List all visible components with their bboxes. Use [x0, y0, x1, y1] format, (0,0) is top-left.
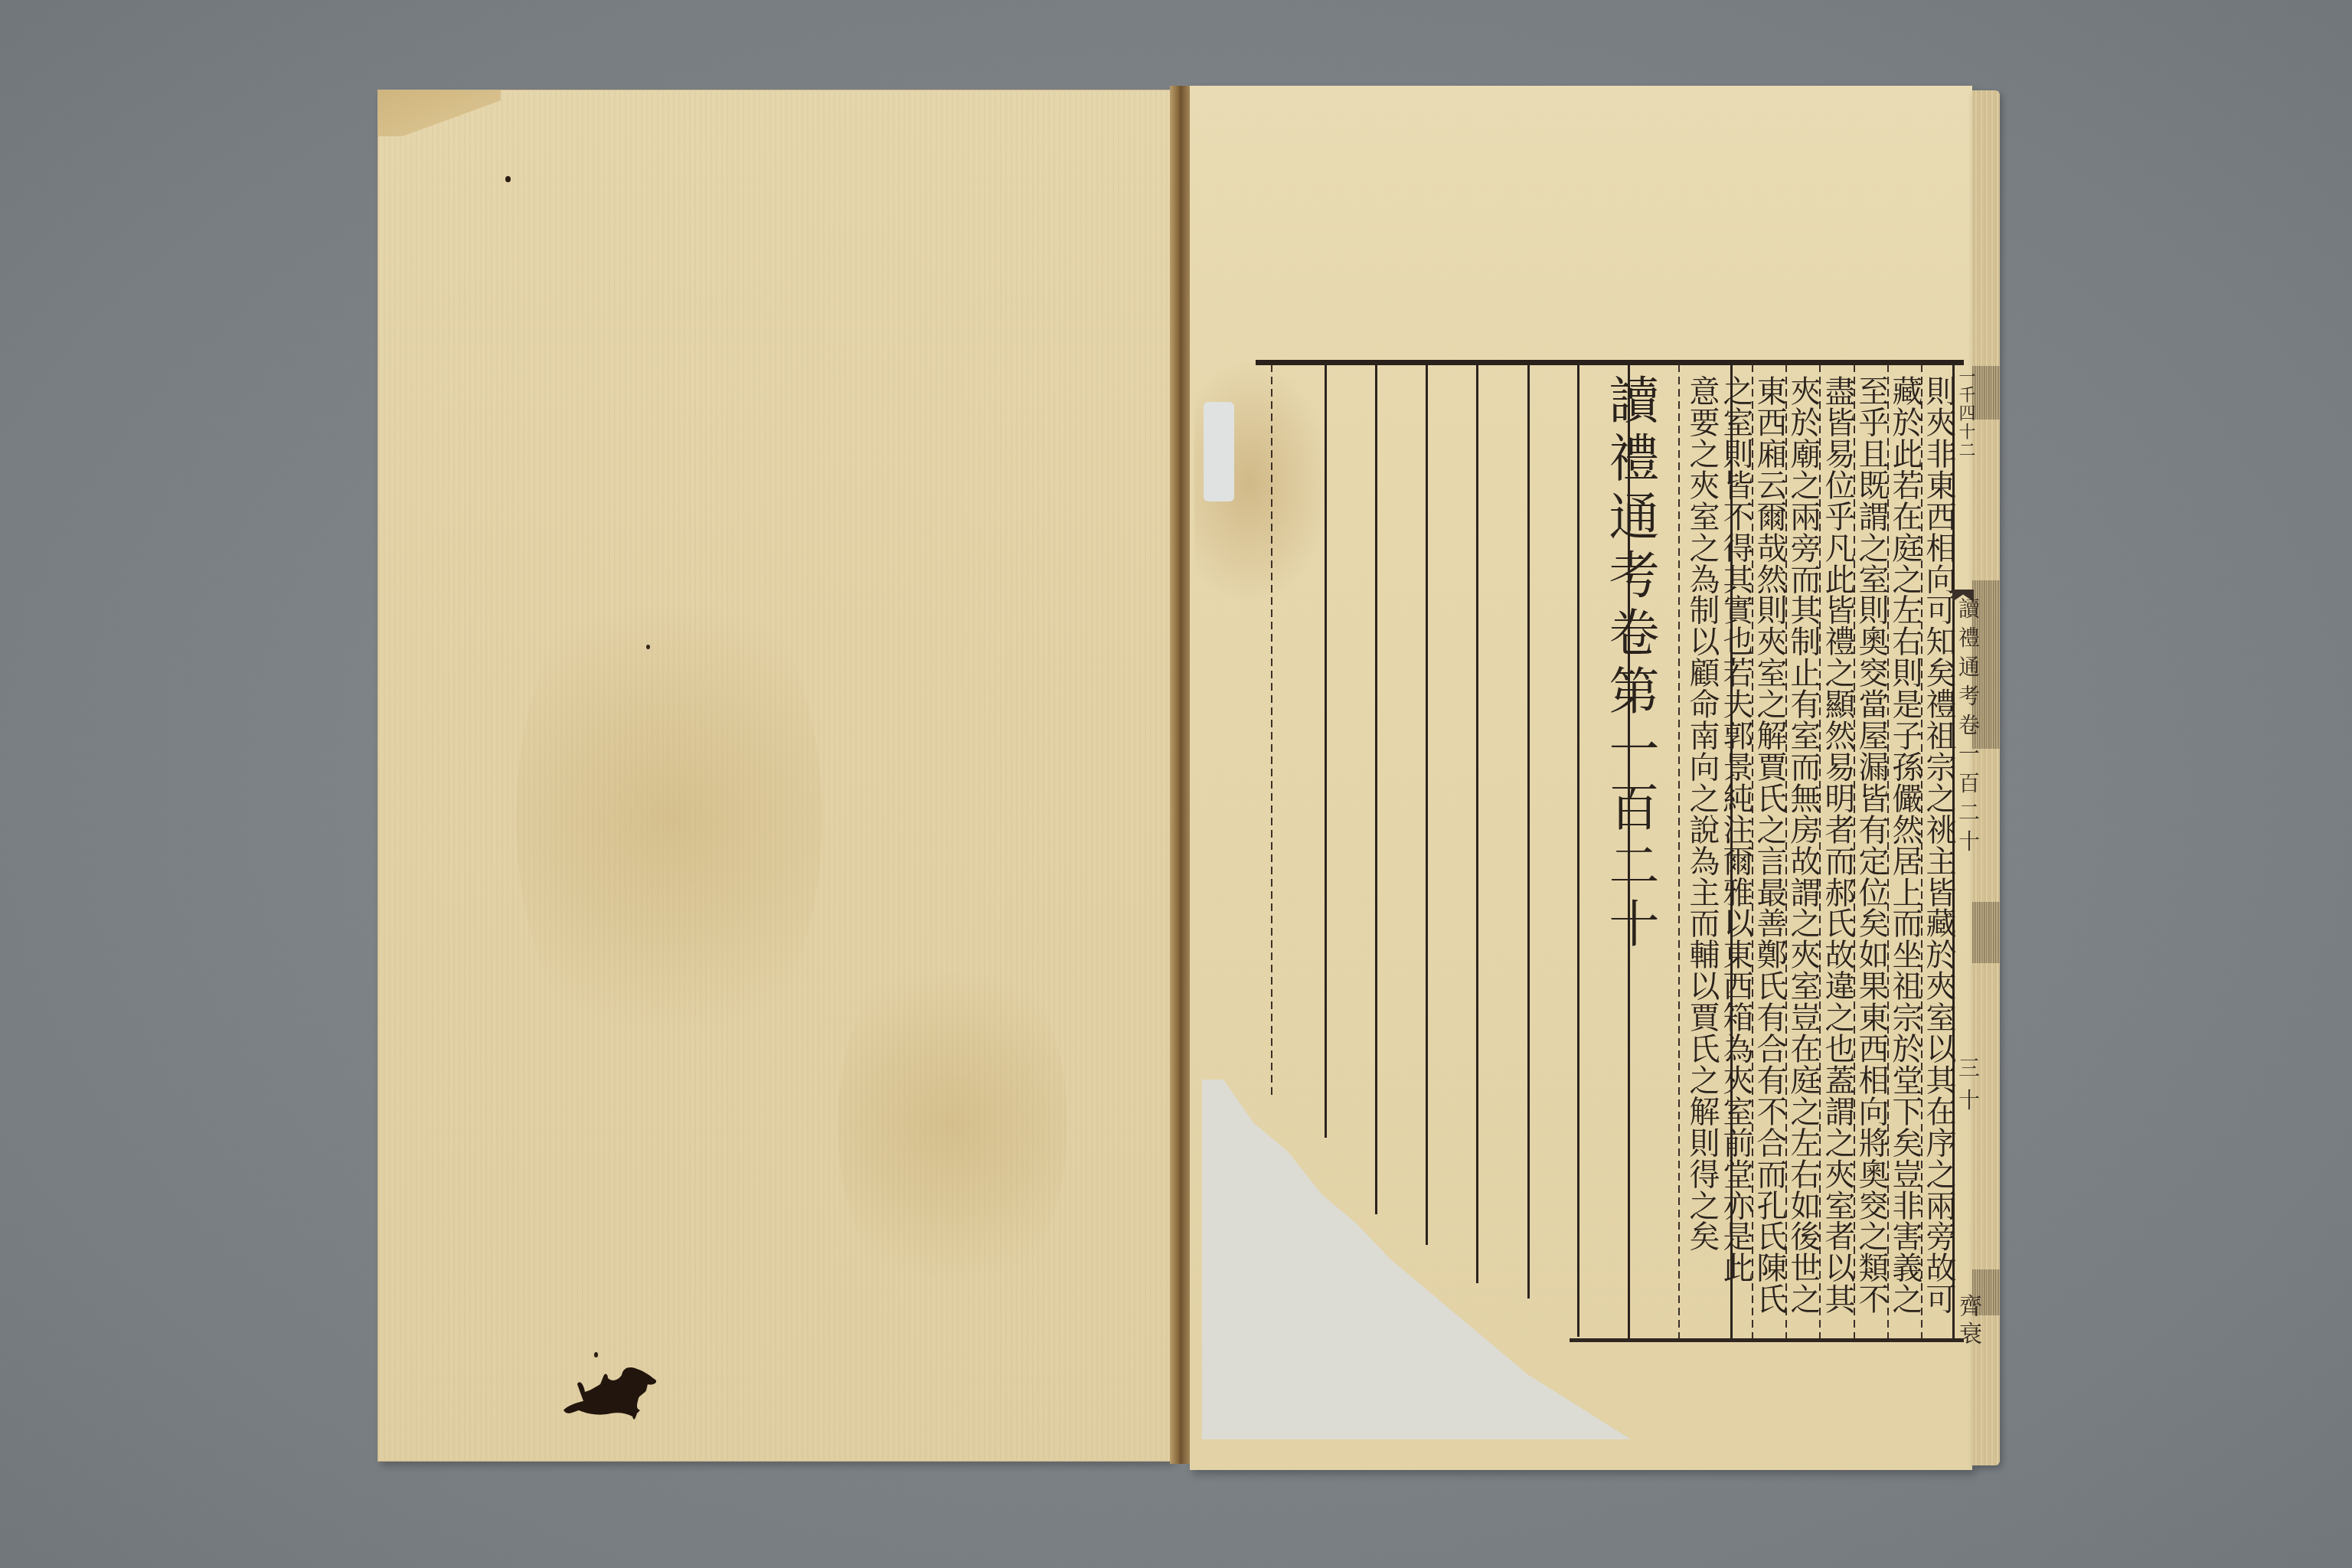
column-rule [1476, 364, 1478, 1283]
margin-page-number: 一千四十二 [1957, 367, 1974, 459]
paper-tear [1204, 402, 1234, 501]
column-rule [1527, 364, 1530, 1298]
column-rule [1577, 364, 1579, 1337]
text-column-6: 東西廂云爾哉然則夾室之解賈氏之言最善鄭氏有合有不合而孔氏陳氏 [1754, 375, 1785, 1315]
text-column-2: 藏於此若在庭之左右則是子孫儼然居上而坐祖宗於堂下矣豈非害義之 [1890, 375, 1920, 1315]
scan-background: 一千四十二 讀禮通考卷第一百二十 則夾非東西相向可知矣禮祖宗之祧主皆藏於夾室以其… [0, 0, 2352, 1568]
column-rule [1325, 364, 1327, 1138]
column-rule [1678, 364, 1680, 1338]
banxin-title: 讀禮通考卷一百二十 [1957, 597, 1978, 859]
banxin-page-number: 三十 [1957, 1057, 1978, 1121]
text-column-1: 則夾非東西相向可知矣禮祖宗之祧主皆藏於夾室以其在序之兩旁故可 [1923, 375, 1954, 1315]
column-rule [1426, 364, 1428, 1245]
text-column-4: 盡皆易位乎凡此皆禮之顯然易明者而郝氏故違之也蓋謂之夾室者以其 [1822, 375, 1853, 1315]
frame-bottom-border [1570, 1338, 1964, 1342]
paper-stain [838, 933, 1067, 1315]
paper-stain [516, 550, 822, 1086]
column-rule [1375, 364, 1377, 1214]
chapter-title: 讀禮通考卷第一百二十 [1604, 374, 1655, 955]
paper-spot [594, 1352, 598, 1357]
column-rule [1271, 364, 1272, 1099]
paper-spot [505, 176, 511, 182]
ink-smudge [1972, 902, 2000, 963]
ink-blot-icon [560, 1363, 660, 1424]
left-page [378, 90, 1171, 1461]
banxin-section-label: 齊衰 [1956, 1294, 1979, 1349]
page-corner-fold [378, 90, 501, 136]
text-column-8: 意要之夾室之為制以顧命南向之說為主而輔以賈氏之解則得之矣 [1687, 375, 1717, 1252]
ink-smudge [1972, 366, 2000, 420]
text-column-7: 之室則皆不得其實也若夫郭景純注爾雅以東西箱為夾室前堂亦是此 [1720, 375, 1751, 1283]
book-gutter [1170, 86, 1190, 1464]
frame-top-border [1256, 360, 1964, 365]
text-column-5: 夾於廟之兩旁而其制止有室而無房故謂之夾室豈在庭之左右如後世之 [1788, 375, 1818, 1315]
text-column-3: 至乎且既謂之室則奧窔當屋漏皆有定位矣如果東西相向將奧窔之類不 [1856, 375, 1886, 1315]
